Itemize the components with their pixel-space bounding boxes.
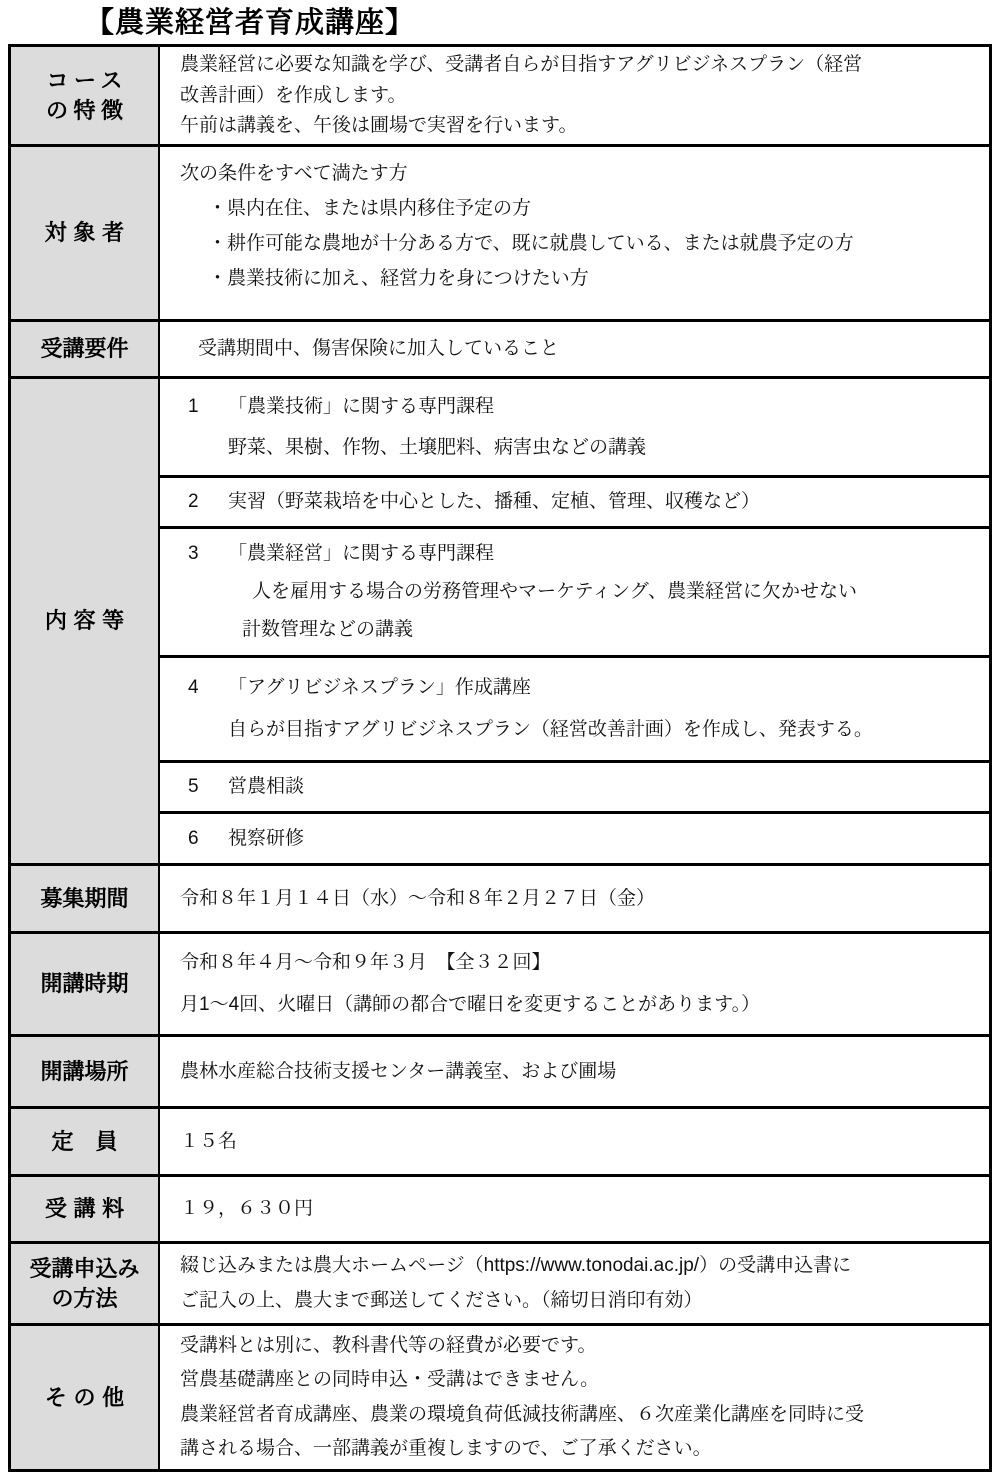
content-fee: １９，６３０円: [160, 1177, 989, 1241]
label-line: 内容等: [38, 606, 130, 636]
item-title: 実習（野菜栽培を中心とした、播種、定植、管理、収穫など）: [228, 491, 760, 512]
row-application-method: 受講申込み の方法 綴じ込みまたは農大ホームページ（https://www.to…: [11, 1241, 989, 1323]
contents-item-3: 3「農業経営」に関する専門課程 人を雇用する場合の労務管理やマーケティング、農業…: [160, 526, 989, 655]
content-line: １９，６３０円: [160, 1196, 989, 1222]
contents-item-2: 2実習（野菜栽培を中心とした、播種、定植、管理、収穫など）: [160, 475, 989, 526]
row-application-period: 募集期間 令和８年１月１４日（水）～令和８年２月２７日（金）: [11, 863, 989, 931]
content-line: 1「農業技術」に関する専門課程: [160, 394, 989, 420]
label-line: その他: [38, 1383, 130, 1413]
content-line: 綴じ込みまたは農大ホームページ（https://www.tonodai.ac.j…: [160, 1253, 989, 1279]
content-line: 人を雇用する場合の労務管理やマーケティング、農業経営に欠かせない: [160, 579, 989, 605]
content-line: 5営農相談: [160, 774, 989, 800]
label-line: 開講時期: [40, 969, 128, 999]
label-fee: 受講料: [11, 1177, 160, 1241]
label-line: 受講料: [38, 1194, 130, 1224]
label-line: 開講場所: [40, 1057, 128, 1087]
item-title: 「アグリビジネスプラン」作成講座: [228, 677, 531, 698]
content-line: 改善計画）を作成します。: [160, 83, 989, 109]
item-title: 「農業経営」に関する専門課程: [228, 543, 494, 564]
row-fee: 受講料 １９，６３０円: [11, 1174, 989, 1241]
row-course-schedule: 開講時期 令和８年４月～令和９年３月 【全３２回】 月1～4回、火曜日（講師の都…: [11, 931, 989, 1034]
content-application-method: 綴じ込みまたは農大ホームページ（https://www.tonodai.ac.j…: [160, 1244, 989, 1323]
label-contents: 内容等: [11, 379, 160, 863]
content-line: １５名: [160, 1129, 989, 1155]
label-course-location: 開講場所: [11, 1037, 160, 1106]
content-line: 令和８年１月１４日（水）～令和８年２月２７日（金）: [160, 886, 989, 912]
content-line: 4「アグリビジネスプラン」作成講座: [160, 675, 989, 701]
content-line: 次の条件をすべて満たす方: [160, 156, 989, 191]
label-capacity: 定 員: [11, 1109, 160, 1174]
content-other: 受講料とは別に、教科書代等の経費が必要です。 営農基礎講座との同時申込・受講はで…: [160, 1326, 989, 1469]
content-line: 午前は講義を、午後は圃場で実習を行います。: [160, 113, 989, 139]
label-target-audience: 対象者: [11, 147, 160, 319]
row-capacity: 定 員 １５名: [11, 1106, 989, 1174]
content-line: 令和８年４月～令和９年３月 【全３２回】: [160, 950, 989, 976]
content-capacity: １５名: [160, 1109, 989, 1174]
content-line: ・耕作可能な農地が十分ある方で、既に就農している、または就農予定の方: [160, 226, 989, 261]
row-target-audience: 対象者 次の条件をすべて満たす方 ・県内在住、または県内移住予定の方 ・耕作可能…: [11, 144, 989, 319]
label-course-features: コース の特徴: [11, 47, 160, 144]
row-course-features: コース の特徴 農業経営に必要な知識を学び、受講者自らが目指すアグリビジネスプラ…: [11, 47, 989, 144]
content-line: 農業経営者育成講座、農業の環境負荷低減技術講座、６次産業化講座を同時に受: [160, 1401, 989, 1429]
label-line: 受講要件: [40, 334, 128, 364]
content-line: 月1～4回、火曜日（講師の都合で曜日を変更することがあります。）: [160, 992, 989, 1018]
content-line: 講される場合、一部講義が重複しますので、ご了承ください。: [160, 1435, 989, 1463]
item-number: 1: [188, 394, 228, 420]
contents-sub-rows: 1「農業技術」に関する専門課程 野菜、果樹、作物、土壌肥料、病害虫などの講義 2…: [160, 379, 989, 863]
row-contents: 内容等 1「農業技術」に関する専門課程 野菜、果樹、作物、土壌肥料、病害虫などの…: [11, 376, 989, 863]
row-other: その他 受講料とは別に、教科書代等の経費が必要です。 営農基礎講座との同時申込・…: [11, 1323, 989, 1469]
contents-item-5: 5営農相談: [160, 760, 989, 812]
label-line: 対象者: [38, 218, 130, 248]
item-number: 4: [188, 675, 228, 701]
item-number: 6: [188, 826, 228, 852]
content-line: 計数管理などの講義: [160, 617, 989, 643]
contents-item-4: 4「アグリビジネスプラン」作成講座 自らが目指すアグリビジネスプラン（経営改善計…: [160, 655, 989, 759]
content-line: ・県内在住、または県内移住予定の方: [160, 191, 989, 226]
content-requirement: 受講期間中、傷害保険に加入していること: [160, 322, 989, 376]
label-requirement: 受講要件: [11, 322, 160, 376]
label-line: 募集期間: [40, 884, 128, 914]
course-info-table: コース の特徴 農業経営に必要な知識を学び、受講者自らが目指すアグリビジネスプラ…: [8, 44, 992, 1472]
content-course-features: 農業経営に必要な知識を学び、受講者自らが目指すアグリビジネスプラン（経営 改善計…: [160, 47, 989, 144]
label-course-schedule: 開講時期: [11, 934, 160, 1034]
content-line: ご記入の上、農大まで郵送してください。（締切日消印有効）: [160, 1288, 989, 1314]
content-line: 営農基礎講座との同時申込・受講はできません。: [160, 1366, 989, 1394]
row-course-location: 開講場所 農林水産総合技術支援センター講義室、および圃場: [11, 1034, 989, 1106]
content-line: 3「農業経営」に関する専門課程: [160, 541, 989, 567]
page-title: 【農業経営者育成講座】: [85, 4, 992, 44]
content-line: 2実習（野菜栽培を中心とした、播種、定植、管理、収穫など）: [160, 489, 989, 515]
label-other: その他: [11, 1326, 160, 1469]
item-title: 営農相談: [228, 776, 304, 797]
content-target-audience: 次の条件をすべて満たす方 ・県内在住、または県内移住予定の方 ・耕作可能な農地が…: [160, 147, 989, 319]
label-application-method: 受講申込み の方法: [11, 1244, 160, 1323]
label-line: 受講申込み: [29, 1254, 139, 1284]
content-line: 野菜、果樹、作物、土壌肥料、病害虫などの講義: [160, 435, 989, 461]
label-line: コース: [41, 66, 128, 96]
label-application-period: 募集期間: [11, 866, 160, 931]
item-title: 視察研修: [228, 828, 304, 849]
content-line: 受講料とは別に、教科書代等の経費が必要です。: [160, 1332, 989, 1360]
label-line: の特徴: [40, 96, 128, 126]
content-course-location: 農林水産総合技術支援センター講義室、および圃場: [160, 1037, 989, 1106]
item-number: 5: [188, 774, 228, 800]
content-line: ・農業技術に加え、経営力を身につけたい方: [160, 261, 989, 296]
content-line: 受講期間中、傷害保険に加入していること: [160, 336, 989, 362]
content-application-period: 令和８年１月１４日（水）～令和８年２月２７日（金）: [160, 866, 989, 931]
item-number: 3: [188, 541, 228, 567]
row-requirement: 受講要件 受講期間中、傷害保険に加入していること: [11, 319, 989, 376]
content-line: 農林水産総合技術支援センター講義室、および圃場: [160, 1059, 989, 1085]
content-line: 6視察研修: [160, 826, 989, 852]
contents-item-1: 1「農業技術」に関する専門課程 野菜、果樹、作物、土壌肥料、病害虫などの講義: [160, 379, 989, 475]
content-line: 農業経営に必要な知識を学び、受講者自らが目指すアグリビジネスプラン（経営: [160, 52, 989, 78]
document-page: 【農業経営者育成講座】 コース の特徴 農業経営に必要な知識を学び、受講者自らが…: [0, 0, 1000, 1473]
content-course-schedule: 令和８年４月～令和９年３月 【全３２回】 月1～4回、火曜日（講師の都合で曜日を…: [160, 934, 989, 1034]
content-line: 自らが目指すアグリビジネスプラン（経営改善計画）を作成し、発表する。: [160, 717, 989, 743]
item-number: 2: [188, 489, 228, 515]
item-title: 「農業技術」に関する専門課程: [228, 396, 494, 417]
contents-item-6: 6視察研修: [160, 811, 989, 863]
label-line: 定 員: [51, 1127, 117, 1157]
label-line: の方法: [51, 1284, 117, 1314]
